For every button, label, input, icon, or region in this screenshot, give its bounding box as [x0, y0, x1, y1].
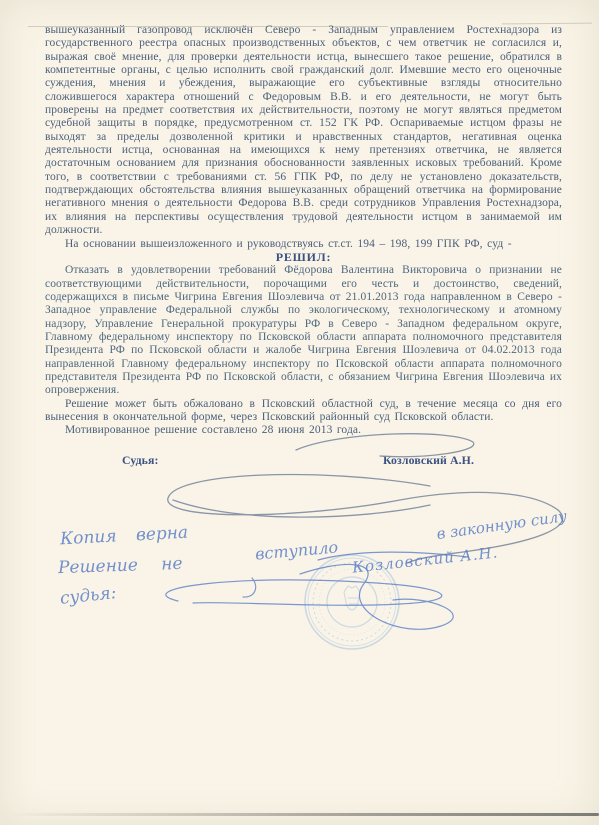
judge-name: Козловский А.Н. — [383, 454, 474, 467]
paragraph-decision: Отказать в удовлетворении требований Фёд… — [45, 264, 562, 397]
paragraph-legal-basis: На основании вышеизложенного и руководст… — [45, 238, 562, 251]
signature-row: Судья: Козловский А.Н. — [45, 454, 562, 467]
court-stamp-icon — [305, 555, 399, 649]
decision-heading: РЕШИЛ: — [45, 251, 562, 264]
scan-artifact-bottom-shadow — [8, 813, 599, 816]
paragraph-continuation: вышеуказанный газопровод исключён Северо… — [45, 24, 562, 238]
handwritten-sudya: судья: — [59, 583, 117, 609]
handwritten-vstupilo: вступило — [254, 537, 338, 563]
paragraph-decision-date: Мотивированное решение составлено 28 июн… — [45, 424, 562, 437]
handwritten-copy-verna: Копия верна — [60, 523, 189, 550]
paragraph-appeal-rights: Решение может быть обжаловано в Псковски… — [45, 398, 562, 425]
judge-label: Судья: — [122, 454, 159, 467]
document-body: вышеуказанный газопровод исключён Северо… — [45, 24, 562, 467]
handwritten-v-zakonnuyu-silu: в законную силу — [435, 507, 568, 543]
certification-pen-strokes — [166, 552, 468, 629]
handwritten-judge-signature: Козловский А.Н. — [351, 543, 499, 576]
scanned-court-decision-page: вышеуказанный газопровод исключён Северо… — [0, 0, 599, 825]
handwritten-reshenie-ne: Решение не — [58, 554, 183, 578]
